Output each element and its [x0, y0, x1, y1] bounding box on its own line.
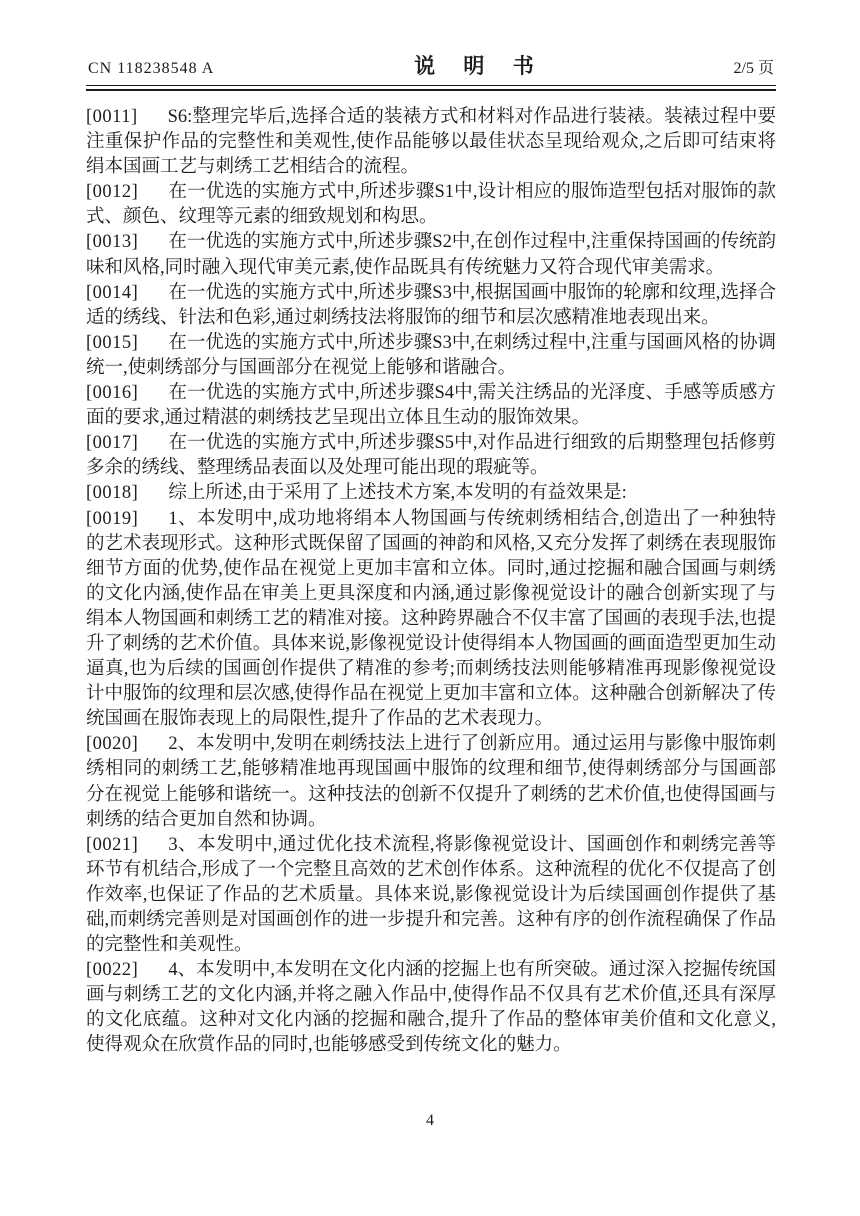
paragraph-number: [0015]	[86, 331, 138, 356]
paragraph-text: 在一优选的实施方式中,所述步骤S5中,对作品进行细致的后期整理包括修剪多余的绣线…	[86, 433, 776, 478]
paragraph-number: [0020]	[86, 732, 138, 757]
paragraph-number: [0017]	[86, 431, 138, 456]
document-title: 说 明 书	[403, 50, 546, 80]
paragraph-text: S6:整理完毕后,选择合适的装裱方式和材料对作品进行装裱。装裱过程中要注重保护作…	[86, 107, 776, 177]
paragraph-text: 3、本发明中,通过优化技术流程,将影像视觉设计、国画创作和刺绣完善等环节有机结合…	[86, 835, 776, 955]
paragraph: [0011]S6:整理完毕后,选择合适的装裱方式和材料对作品进行装裱。装裱过程中…	[86, 105, 776, 180]
paragraph: [0014]在一优选的实施方式中,所述步骤S3中,根据国画中服饰的轮廓和纹理,选…	[86, 281, 776, 331]
paragraph-number: [0021]	[86, 833, 138, 858]
paragraph-text: 在一优选的实施方式中,所述步骤S3中,根据国画中服饰的轮廓和纹理,选择合适的绣线…	[86, 283, 776, 328]
paragraph-text: 1、本发明中,成功地将绢本人物国画与传统刺绣相结合,创造出了一种独特的艺术表现形…	[86, 509, 776, 730]
publication-number: CN 118238548 A	[88, 60, 214, 78]
paragraph: [0022]4、本发明中,本发明在文化内涵的挖掘上也有所突破。通过深入挖掘传统国…	[86, 958, 776, 1058]
paragraph-number: [0014]	[86, 281, 138, 306]
paragraph-text: 在一优选的实施方式中,所述步骤S2中,在创作过程中,注重保持国画的传统韵味和风格…	[86, 232, 776, 277]
paragraph-text: 综上所述,由于采用了上述技术方案,本发明的有益效果是:	[168, 483, 626, 503]
page-number: 4	[426, 1112, 434, 1129]
paragraph-text: 在一优选的实施方式中,所述步骤S1中,设计相应的服饰造型包括对服饰的款式、颜色、…	[86, 182, 776, 227]
document-page: CN 118238548 A 说 明 书 2/5 页 [0011]S6:整理完毕…	[86, 0, 776, 1059]
paragraph-number: [0011]	[86, 105, 138, 130]
page-indicator: 2/5 页	[734, 55, 774, 78]
paragraph: [0016]在一优选的实施方式中,所述步骤S4中,需关注绣品的光泽度、手感等质感…	[86, 381, 776, 431]
page-footer: 4	[0, 1112, 860, 1130]
paragraph: [0017]在一优选的实施方式中,所述步骤S5中,对作品进行细致的后期整理包括修…	[86, 431, 776, 481]
paragraph-number: [0022]	[86, 958, 138, 983]
paragraph-number: [0013]	[86, 230, 138, 255]
paragraph-text: 2、本发明中,发明在刺绣技法上进行了创新应用。通过运用与影像中服饰刺绣相同的刺绣…	[86, 734, 776, 829]
paragraph-number: [0018]	[86, 481, 138, 506]
paragraph: [0012]在一优选的实施方式中,所述步骤S1中,设计相应的服饰造型包括对服饰的…	[86, 180, 776, 230]
paragraph: [0019]1、本发明中,成功地将绢本人物国画与传统刺绣相结合,创造出了一种独特…	[86, 507, 776, 733]
paragraph-text: 在一优选的实施方式中,所述步骤S3中,在刺绣过程中,注重与国画风格的协调统一,使…	[86, 333, 776, 378]
specification-body: [0011]S6:整理完毕后,选择合适的装裱方式和材料对作品进行装裱。装裱过程中…	[86, 105, 776, 1059]
paragraph-number: [0016]	[86, 381, 138, 406]
paragraph: [0020]2、本发明中,发明在刺绣技法上进行了创新应用。通过运用与影像中服饰刺…	[86, 732, 776, 832]
paragraph: [0015]在一优选的实施方式中,所述步骤S3中,在刺绣过程中,注重与国画风格的…	[86, 331, 776, 381]
header-divider	[86, 85, 776, 91]
paragraph-number: [0012]	[86, 180, 138, 205]
paragraph: [0013]在一优选的实施方式中,所述步骤S2中,在创作过程中,注重保持国画的传…	[86, 230, 776, 280]
paragraph-text: 4、本发明中,本发明在文化内涵的挖掘上也有所突破。通过深入挖掘传统国画与刺绣工艺…	[86, 960, 776, 1055]
paragraph: [0021]3、本发明中,通过优化技术流程,将影像视觉设计、国画创作和刺绣完善等…	[86, 833, 776, 958]
page-header: CN 118238548 A 说 明 书 2/5 页	[86, 50, 776, 80]
paragraph-number: [0019]	[86, 507, 138, 532]
paragraph: [0018]综上所述,由于采用了上述技术方案,本发明的有益效果是:	[86, 481, 776, 506]
paragraph-text: 在一优选的实施方式中,所述步骤S4中,需关注绣品的光泽度、手感等质感方面的要求,…	[86, 383, 776, 428]
